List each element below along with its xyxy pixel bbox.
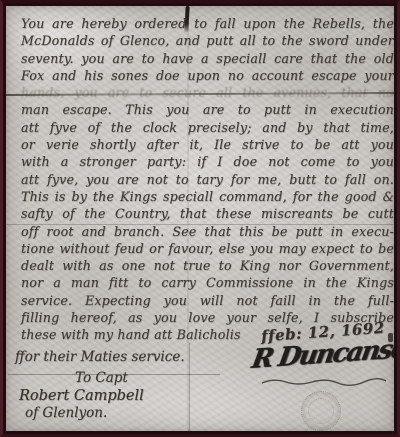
- letter-line: safty of the Country, that these miscrea…: [21, 205, 394, 222]
- letter-line-faded: hands, you are to secure all the avenues…: [21, 84, 394, 101]
- signature: R Duncanson: [246, 335, 394, 398]
- letter-line: att fyve of the clock precisely; and by …: [21, 119, 394, 136]
- letter-line: service. Expecting you will not faill in…: [21, 292, 394, 309]
- letter-line: att fyve, you are not to tary for me, bu…: [21, 171, 394, 188]
- letter-line: with a stronger party: if I doe not come…: [21, 153, 394, 170]
- signature-flourish-icon: [260, 378, 388, 386]
- letter-line: nor a man fitt to carry Commissione in t…: [21, 274, 394, 291]
- photo-border: You are hereby ordered to fall upon the …: [0, 0, 400, 437]
- address-of-line: of Glenlyon.: [25, 405, 107, 421]
- letter-line: seventy. you are to have a speciall care…: [21, 50, 394, 67]
- address-name-line: Robert Campbell: [19, 388, 144, 404]
- letter-line: or verie shortly after it, Ile strive to…: [21, 136, 394, 153]
- letter-line: Fox and his sones doe upon no account es…: [21, 67, 394, 84]
- letter-line: man escape. This you are to putt in exec…: [21, 101, 394, 118]
- letter-line: tione without feud or favour, else you m…: [21, 240, 394, 257]
- letter-line: off root and branch. See that this be pu…: [21, 223, 394, 240]
- embossed-seal-icon: [301, 391, 341, 431]
- letter-line: You are hereby ordered to fall upon the …: [21, 15, 394, 32]
- letter-line: McDonalds of Glenco, and putt all to the…: [21, 32, 394, 49]
- manuscript-paper: You are hereby ordered to fall upon the …: [6, 6, 394, 431]
- address-to-line: To Capt: [75, 370, 128, 386]
- fold-crease-vertical-bottom: [189, 343, 190, 431]
- letter-body: You are hereby ordered to fall upon the …: [21, 15, 394, 344]
- letter-line: This is by the Kings speciall command, f…: [21, 188, 394, 205]
- service-note: ffor their Maties service.: [15, 349, 185, 365]
- letter-line: dealt with as one not true to King nor G…: [21, 257, 394, 274]
